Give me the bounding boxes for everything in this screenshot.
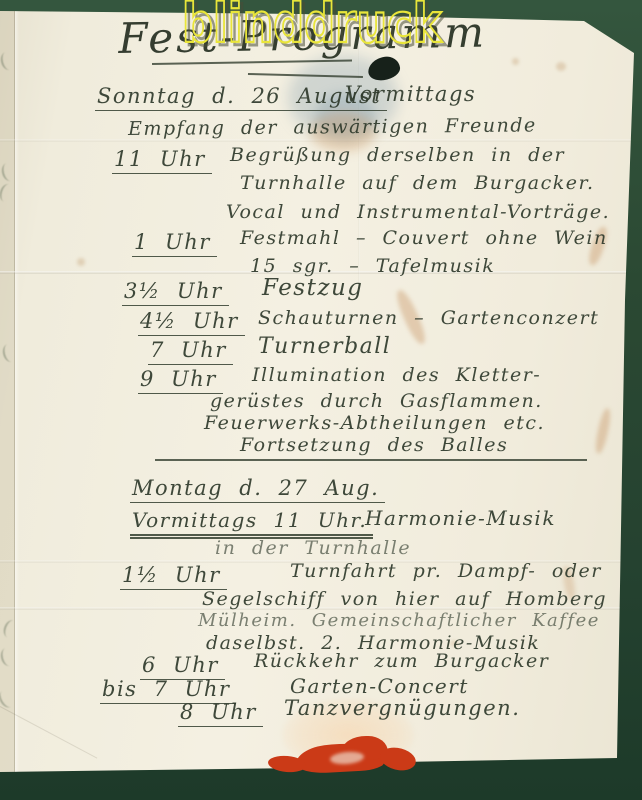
document-paper: Fest-ProgrammSonntag d. 26 AugustVormitt… [0, 0, 642, 800]
watermark-text: blinddruck [182, 0, 442, 55]
handwritten-line: Rückkehr zum Burgacker [254, 650, 549, 672]
handwritten-line: 7 Uhr [148, 338, 233, 365]
handwritten-line: Segelschiff von hier auf Homberg [202, 588, 607, 610]
handwritten-line: 1½ Uhr [120, 563, 227, 590]
handwritten-line: Turnerball [258, 334, 391, 359]
handwritten-line: Illumination des Kletter- [252, 364, 541, 386]
handwritten-line: Turnfahrt pr. Dampf- oder [290, 560, 602, 582]
handwritten-line: Garten-Concert [290, 674, 469, 698]
handwritten-line: 3½ Uhr [122, 279, 229, 306]
handwritten-line: Turnhalle auf dem Burgacker. [240, 172, 595, 194]
handwritten-line: Empfang der auswärtigen Freunde [128, 114, 537, 140]
handwritten-line: Sonntag d. 26 August [95, 84, 387, 111]
ruled-line [248, 73, 363, 78]
photo-background: Fest-ProgrammSonntag d. 26 AugustVormitt… [0, 0, 642, 800]
handwritten-line: 11 Uhr [112, 147, 212, 174]
handwritten-line: Feuerwerks-Abtheilungen etc. [204, 412, 545, 434]
watermark: blinddruck blinddruck [182, 0, 518, 62]
handwritten-line: Fortsetzung des Balles [240, 434, 508, 456]
handwritten-line: Festmahl – Couvert ohne Wein [240, 227, 608, 249]
handwritten-line: Vormittags 11 Uhr. [130, 508, 373, 539]
handwritten-line: Vormittags [345, 82, 476, 106]
handwritten-line: Montag d. 27 Aug. [130, 476, 385, 503]
handwritten-line: Vocal und Instrumental-Vorträge. [226, 201, 610, 223]
handwritten-line: in der Turnhalle [215, 537, 411, 559]
handwritten-line: 4½ Uhr [138, 309, 245, 336]
handwriting-layer: Fest-ProgrammSonntag d. 26 AugustVormitt… [0, 0, 642, 800]
handwritten-line: Schauturnen – Gartenconzert [258, 307, 599, 329]
handwritten-line: 8 Uhr [178, 700, 263, 727]
handwritten-line: 6 Uhr [140, 653, 225, 680]
handwritten-line: 1 Uhr [132, 230, 217, 257]
handwritten-line: Harmonie-Musik [365, 506, 556, 530]
handwritten-line: Festzug [262, 275, 364, 301]
ruled-line [155, 459, 587, 461]
handwritten-line: Begrüßung derselben in der [230, 144, 565, 166]
handwritten-line: 15 sgr. – Tafelmusik [250, 255, 495, 277]
handwritten-line: Tanzvergnügungen. [284, 696, 520, 720]
handwritten-line: Mülheim. Gemeinschaftlicher Kaffee [198, 610, 600, 631]
handwritten-line: gerüstes durch Gasflammen. [210, 390, 543, 412]
